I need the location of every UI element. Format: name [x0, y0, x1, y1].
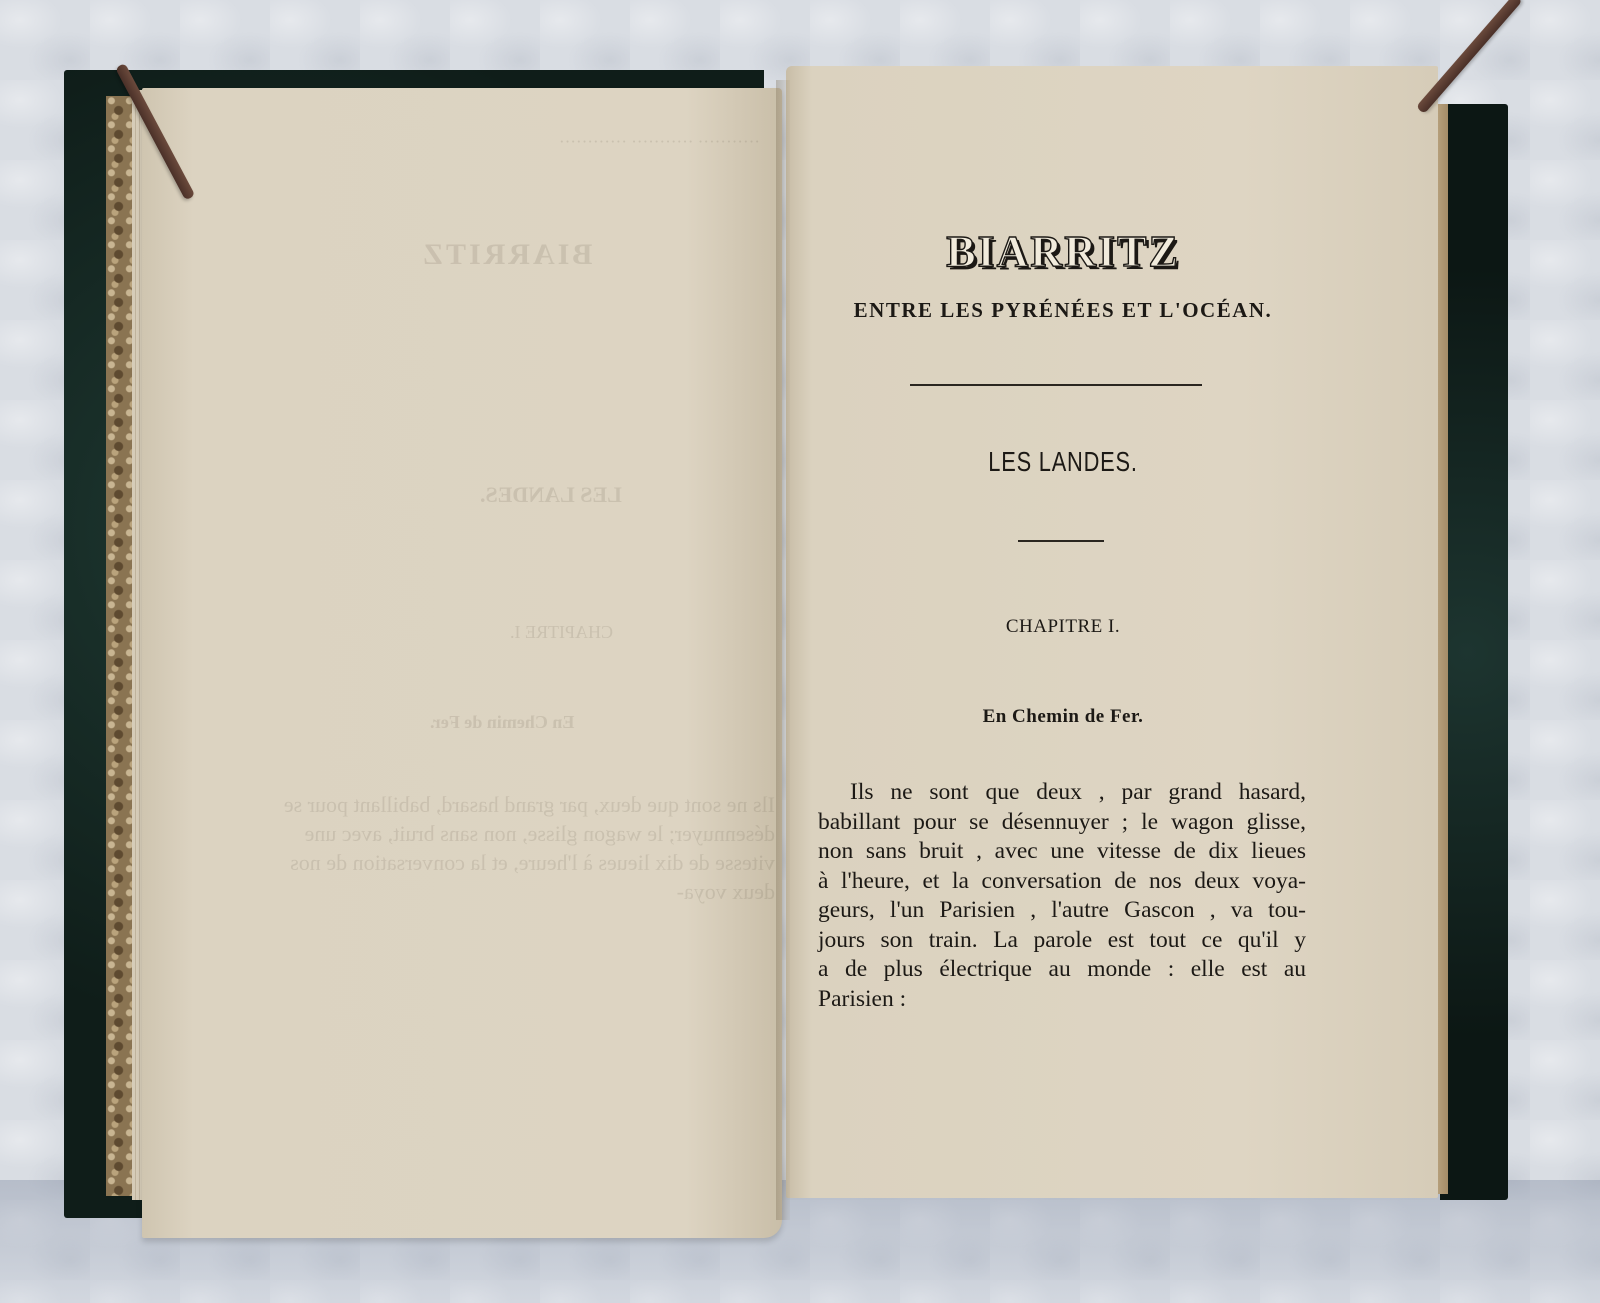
paragraph-line: babillant pour se désennuyer ; le wagon …: [818, 808, 1306, 838]
paragraph-line: Parisien :: [818, 985, 1306, 1015]
book-cover-right: [1440, 104, 1508, 1200]
chapter-title: CHAPITRE I.: [818, 616, 1308, 638]
paragraph-line: à l'heure, et la conversation de nos deu…: [818, 867, 1306, 897]
paragraph-line: jours son train. La parole est tout ce q…: [818, 926, 1306, 956]
paragraph-line: non sans bruit , avec une vitesse de dix…: [818, 837, 1306, 867]
bleed-through-chapter: CHAPITRE I.: [510, 622, 613, 643]
bleed-through-heading: En Chemin de Fer.: [430, 712, 574, 733]
book-gutter: [776, 80, 790, 1220]
page-holder-stick-right: [1416, 0, 1523, 114]
chapter-heading: En Chemin de Fer.: [818, 706, 1308, 728]
divider-rule-long: [910, 384, 1202, 386]
bleed-through-title: BIARRITZ: [420, 238, 592, 272]
divider-rule-short: [1018, 540, 1104, 542]
section-title: LES LANDES.: [872, 446, 1254, 478]
paragraph-line: a de plus électrique au monde : elle est…: [818, 955, 1306, 985]
paragraph-line: Ils ne sont que deux , par grand hasard,: [818, 778, 1306, 808]
book-subtitle: ENTRE LES PYRÉNÉES ET L'OCÉAN.: [818, 298, 1308, 323]
paragraph-line: geurs, l'un Parisien , l'autre Gascon , …: [818, 896, 1306, 926]
body-paragraph: Ils ne sont que deux , par grand hasard,…: [818, 778, 1306, 1014]
bleed-through-block: ··········· ··········· ············: [260, 128, 760, 155]
bleed-through-section: LES LANDES.: [480, 482, 622, 508]
book-title: BIARRITZ: [818, 226, 1308, 277]
bleed-through-paragraph: Ils ne sont que deux, par grand hasard, …: [255, 790, 775, 906]
